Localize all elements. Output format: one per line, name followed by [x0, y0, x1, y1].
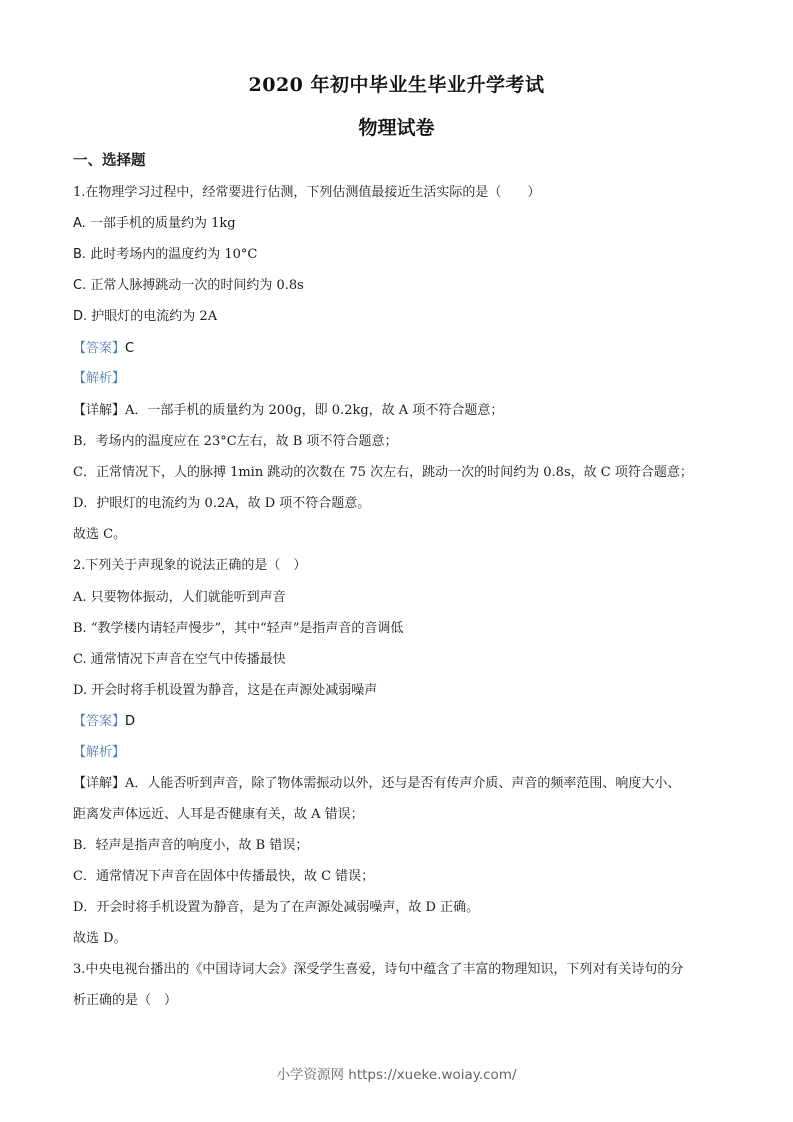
answer-label: 【答案】 — [73, 714, 125, 729]
q2-option-d: D. 开会时将手机设置为静音，这是在声源处减弱噪声 — [73, 682, 377, 700]
q2-detail-line: D．开会时将手机设置为静音，是为了在声源处减弱噪声，故 D 正确。 — [73, 899, 479, 917]
question-3-stem-line2: 析正确的是（ ） — [73, 992, 177, 1010]
option-text: 一部手机的质量约为 1kg — [90, 216, 236, 231]
q2-conclusion: 故选 D。 — [73, 930, 127, 948]
option-letter: D. — [73, 683, 87, 698]
document-page: 2020 年初中毕业生毕业升学考试 物理试卷 一、选择题 1.在物理学习过程中，… — [0, 0, 793, 1122]
question-3-stem-line1: 3.中央电视台播出的《中国诗词大会》深受学生喜爱，诗句中蕴含了丰富的物理知识，下… — [73, 961, 683, 979]
q2-option-a: A. 只要物体振动，人们就能听到声音 — [73, 589, 286, 607]
question-1-stem: 1.在物理学习过程中，经常要进行估测，下列估测值最接近生活实际的是（ ） — [73, 184, 540, 202]
option-text: 正常人脉搏跳动一次的时间约为 0.8s — [90, 278, 303, 293]
q1-detail-line: B．考场内的温度应在 23°C左右，故 B 项不符合题意； — [73, 433, 398, 451]
answer-value: D — [125, 714, 135, 729]
option-letter: C. — [73, 278, 86, 293]
option-letter: B. — [73, 247, 86, 262]
q2-analysis-label: 【解析】 — [73, 744, 125, 762]
question-2-stem: 2.下列关于声现象的说法正确的是（ ） — [73, 557, 306, 575]
q2-detail-line: 距离发声体远近、人耳是否健康有关，故 A 错误； — [73, 806, 364, 824]
q2-answer: 【答案】D — [73, 713, 135, 731]
analysis-label: 【解析】 — [73, 745, 125, 760]
q1-option-a: A. 一部手机的质量约为 1kg — [73, 215, 236, 233]
option-letter: A. — [73, 216, 86, 231]
q1-option-d: D. 护眼灯的电流约为 2A — [73, 308, 217, 326]
document-subtitle: 物理试卷 — [0, 113, 793, 140]
option-text: “教学楼内请轻声慢步”，其中“轻声”是指声音的音调低 — [91, 621, 404, 636]
answer-label: 【答案】 — [73, 341, 125, 356]
option-letter: B. — [73, 621, 87, 636]
option-text: 通常情况下声音在空气中传播最快 — [91, 652, 286, 667]
q1-option-c: C. 正常人脉搏跳动一次的时间约为 0.8s — [73, 277, 304, 295]
option-letter: C. — [73, 652, 87, 667]
option-text: 此时考场内的温度约为 10°C — [90, 247, 257, 262]
q1-analysis-label: 【解析】 — [73, 370, 125, 388]
section-title: 一、选择题 — [73, 152, 146, 170]
option-text: 只要物体振动，人们就能听到声音 — [91, 590, 286, 605]
option-text: 护眼灯的电流约为 2A — [91, 309, 217, 324]
q1-conclusion: 故选 C。 — [73, 526, 126, 544]
q2-option-c: C. 通常情况下声音在空气中传播最快 — [73, 651, 286, 669]
q2-option-b: B. “教学楼内请轻声慢步”，其中“轻声”是指声音的音调低 — [73, 620, 403, 638]
document-title: 2020 年初中毕业生毕业升学考试 — [0, 70, 793, 97]
option-letter: D. — [73, 309, 87, 324]
option-text: 开会时将手机设置为静音，这是在声源处减弱噪声 — [91, 683, 377, 698]
footer-watermark: 小学资源网 https://xueke.woiay.com/ — [0, 1063, 793, 1083]
q2-detail-line: C．通常情况下声音在固体中传播最快，故 C 错误； — [73, 868, 374, 886]
answer-value: C — [125, 341, 134, 356]
q1-detail-line: C．正常情况下，人的脉搏 1min 跳动的次数在 75 次左右，跳动一次的时间约… — [73, 464, 693, 482]
q2-detail-line: B．轻声是指声音的响度小，故 B 错误； — [73, 837, 308, 855]
q1-option-b: B. 此时考场内的温度约为 10°C — [73, 246, 257, 264]
analysis-label: 【解析】 — [73, 371, 125, 386]
q1-detail-line: D．护眼灯的电流约为 0.2A，故 D 项不符合题意。 — [73, 495, 370, 513]
option-letter: A. — [73, 590, 87, 605]
q1-answer: 【答案】C — [73, 340, 134, 358]
q2-detail-line: 【详解】A．人能否听到声音，除了物体需振动以外，还与是否有传声介质、声音的频率范… — [73, 775, 680, 793]
q1-detail-line: 【详解】A．一部手机的质量约为 200g，即 0.2kg，故 A 项不符合题意； — [73, 402, 503, 420]
